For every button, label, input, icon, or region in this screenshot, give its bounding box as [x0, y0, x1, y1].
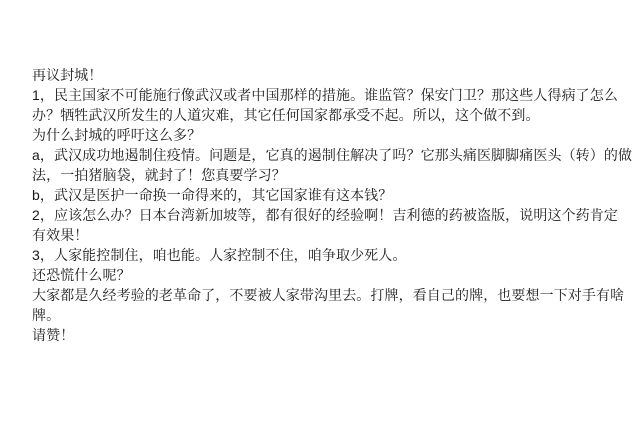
- text-content: 再议封城！ 1，民主国家不可能施行像武汉或者中国那样的措施。谁监管？保安门卫？那…: [32, 65, 618, 345]
- text-line: 2，应该怎么办？日本台湾新加坡等，都有很好的经验啊！吉利德的药被盗版，说明这个药…: [32, 205, 618, 225]
- text-line: 还恐慌什么呢？: [32, 265, 618, 285]
- text-line: b，武汉是医护一命换一命得来的，其它国家谁有这本钱？: [32, 185, 618, 205]
- document-page: 再议封城！ 1，民主国家不可能施行像武汉或者中国那样的措施。谁监管？保安门卫？那…: [0, 0, 640, 425]
- text-line: 有效果！: [32, 225, 618, 245]
- document-title: 再议封城！: [32, 65, 618, 85]
- text-line: a，武汉成功地遏制住疫情。问题是，它真的遏制住解决了吗？它那头痛医脚脚痛医头（转…: [32, 145, 618, 165]
- text-line: 法，一拍猪脑袋，就封了！您真要学习？: [32, 165, 618, 185]
- text-line: 大家都是久经考验的老革命了，不要被人家带沟里去。打牌，看自己的牌，也要想一下对手…: [32, 285, 618, 305]
- text-line: 为什么封城的呼吁这么多？: [32, 125, 618, 145]
- text-line: 牌。: [32, 305, 618, 325]
- text-line: 请赞！: [32, 325, 618, 345]
- text-line: 3，人家能控制住，咱也能。人家控制不住，咱争取少死人。: [32, 245, 618, 265]
- text-line: 办？牺牲武汉所发生的人道灾难，其它任何国家都承受不起。所以，这个做不到。: [32, 105, 618, 125]
- text-line: 1，民主国家不可能施行像武汉或者中国那样的措施。谁监管？保安门卫？那这些人得病了…: [32, 85, 618, 105]
